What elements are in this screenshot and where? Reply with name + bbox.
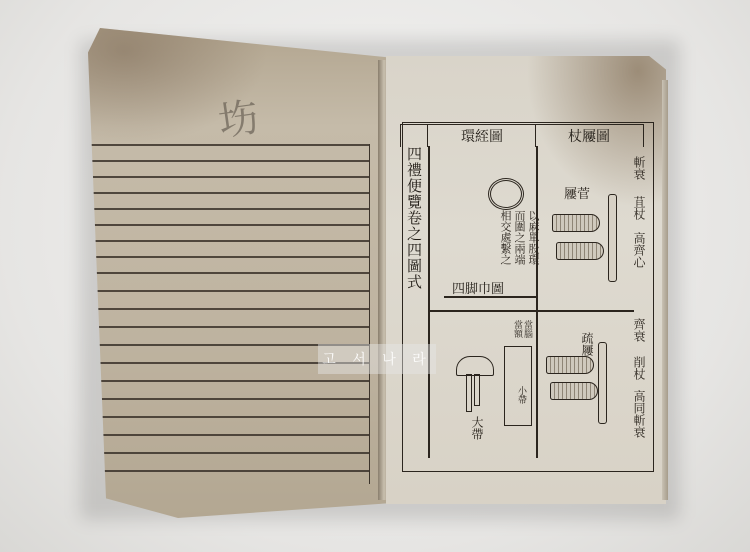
ring-note: 以麻單股環而圍之兩端相交處繫之 (498, 210, 540, 270)
label-staff-height-bottom: 高同斬衰 (632, 390, 646, 438)
headwear-note: 當腦 (520, 320, 534, 338)
watermark: 고 서 나 라 (318, 344, 436, 374)
staff-illustration (608, 194, 617, 282)
volume-title: 四禮便覽卷之四圖式 (402, 146, 426, 290)
ring-illustration (488, 178, 524, 210)
pencil-scribble: 㘯 (214, 85, 262, 147)
shoe-label-top: 屨菅 (564, 188, 590, 202)
big-belt-label: 大帶 (470, 416, 484, 440)
left-page: 㘯 (88, 28, 388, 518)
label-staff-height-top: 高齊心 (632, 232, 646, 268)
label-staff-top: 苴杖 (632, 196, 646, 220)
page-edges (662, 80, 668, 500)
label-mourning-top: 斬衰 (632, 156, 646, 180)
label-mourning-bottom: 齊衰 (632, 318, 646, 342)
ruled-lines (90, 144, 370, 484)
sub-header: 四脚巾圖 (452, 278, 504, 297)
shoe-illustration (552, 214, 600, 232)
shoe-illustration (556, 242, 604, 260)
headwear-illustration (456, 356, 494, 376)
right-page: 環絰圖 杖屨圖 四禮便覽卷之四圖式 四脚巾圖 以麻單股環而圍之兩端相交處繫之 屨… (386, 56, 666, 504)
shoe-illustration (550, 382, 598, 400)
label-staff-bottom: 削杖 (632, 356, 646, 380)
staff-illustration (598, 342, 607, 424)
shoe-label-bottom: 疏屨 (580, 332, 594, 356)
headwear-note: 小帶 (514, 386, 528, 404)
shoe-illustration (546, 356, 594, 374)
